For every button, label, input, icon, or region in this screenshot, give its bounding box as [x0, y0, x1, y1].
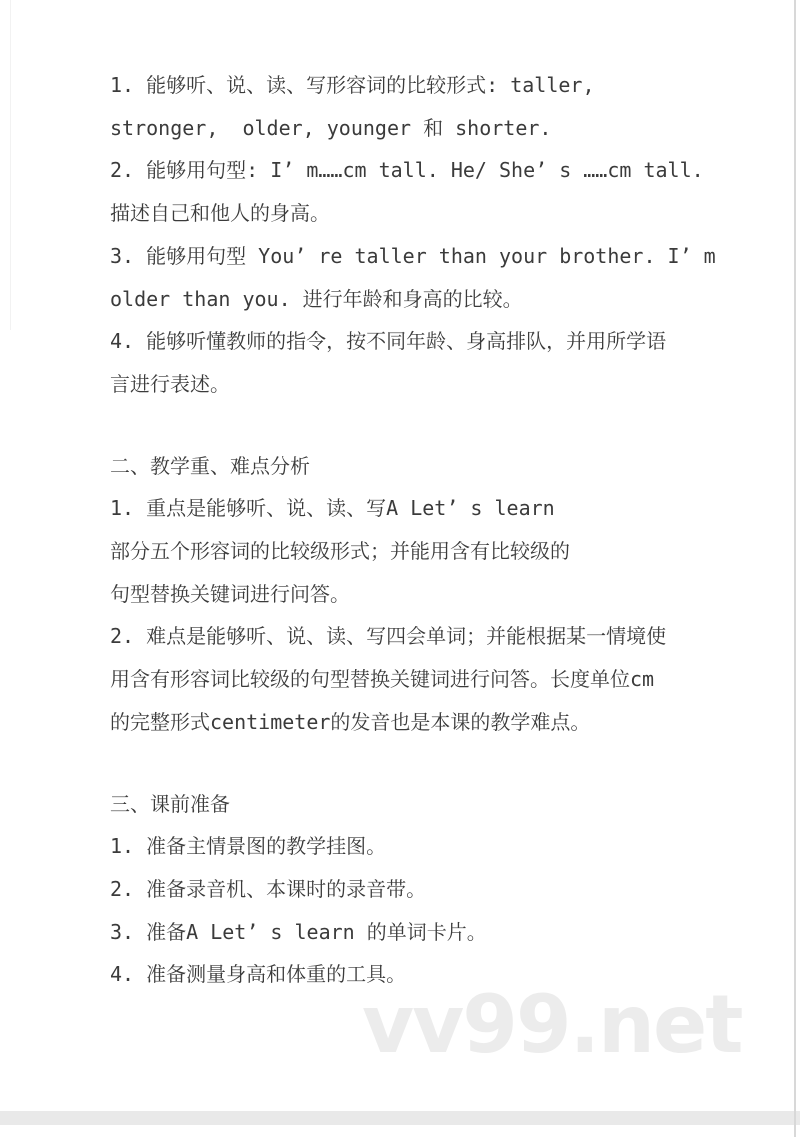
text-line: 2. 难点是能够听、说、读、写四会单词；并能根据某一情境使 — [110, 615, 750, 658]
text-line: 1. 能够听、说、读、写形容词的比较形式: taller, — [110, 64, 750, 107]
page-break-separator — [0, 1111, 800, 1125]
text-line: stronger, older, younger 和 shorter. — [110, 107, 750, 150]
page-left-edge-shadow — [10, 0, 11, 330]
text-line: 4. 能够听懂教师的指令，按不同年龄、身高排队，并用所学语 — [110, 320, 750, 363]
text-line: 1. 重点是能够听、说、读、写A Let’ s learn — [110, 487, 750, 530]
section-heading: 二、教学重、难点分析 — [110, 445, 750, 488]
text-line: 描述自己和他人的身高。 — [110, 192, 750, 235]
text-line: older than you. 进行年龄和身高的比较。 — [110, 278, 750, 321]
document-page: 1. 能够听、说、读、写形容词的比较形式: taller, stronger, … — [0, 0, 800, 1137]
text-line: 2. 准备录音机、本课时的录音带。 — [110, 868, 750, 911]
section-class-preparation: 三、课前准备 1. 准备主情景图的教学挂图。 2. 准备录音机、本课时的录音带。… — [110, 783, 750, 997]
page-right-edge-line — [794, 0, 796, 1137]
section-heading: 三、课前准备 — [110, 783, 750, 826]
text-line: 部分五个形容词的比较级形式；并能用含有比较级的 — [110, 530, 750, 573]
section-key-difficult-points: 二、教学重、难点分析 1. 重点是能够听、说、读、写A Let’ s learn… — [110, 445, 750, 744]
section-teaching-goals: 1. 能够听、说、读、写形容词的比较形式: taller, stronger, … — [110, 64, 750, 406]
document-text-block: 1. 能够听、说、读、写形容词的比较形式: taller, stronger, … — [110, 64, 750, 996]
text-line: 言进行表述。 — [110, 363, 750, 406]
watermark-text: vv99.net — [362, 985, 741, 1065]
text-line: 3. 准备A Let’ s learn 的单词卡片。 — [110, 911, 750, 954]
text-line: 的完整形式centimeter的发音也是本课的教学难点。 — [110, 701, 750, 744]
text-line: 2. 能够用句型: I’ m……cm tall. He/ She’ s ……cm… — [110, 149, 750, 192]
text-line: 用含有形容词比较级的句型替换关键词进行问答。长度单位cm — [110, 658, 750, 701]
text-line: 1. 准备主情景图的教学挂图。 — [110, 825, 750, 868]
text-line: 3. 能够用句型 You’ re taller than your brothe… — [110, 235, 750, 278]
text-line: 句型替换关键词进行问答。 — [110, 573, 750, 616]
